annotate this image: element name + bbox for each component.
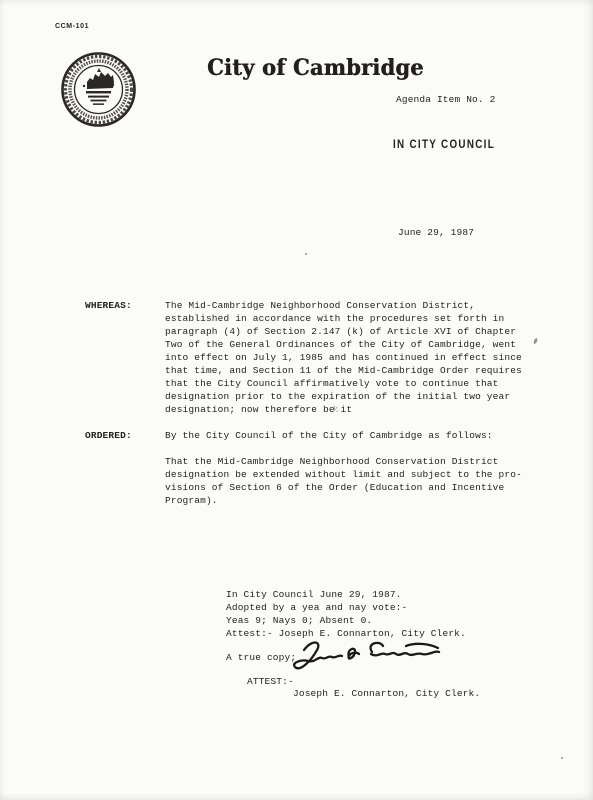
ordered-intro: By the City Council of the City of Cambr… xyxy=(165,429,493,442)
form-code: CCM-101 xyxy=(55,23,89,30)
agenda-item: Agenda Item No. 2 xyxy=(396,93,495,106)
whereas-text: The Mid-Cambridge Neighborhood Conservat… xyxy=(165,299,522,416)
council-heading: IN CITY COUNCIL xyxy=(393,137,495,151)
document-date: June 29, 1987 xyxy=(398,226,474,239)
true-copy-label: A true copy; xyxy=(226,651,296,664)
scan-artifact xyxy=(305,253,307,255)
clerk-signature-icon xyxy=(288,637,443,680)
adoption-record: In City Council June 29, 1987. Adopted b… xyxy=(226,588,466,640)
city-of-cambridge-seal-icon xyxy=(59,50,138,129)
attest-label: ATTEST:- xyxy=(247,675,294,688)
ordered-label: ORDERED: xyxy=(85,429,132,442)
scan-artifact xyxy=(533,338,538,345)
clerk-line: Joseph E. Connarton, City Clerk. xyxy=(293,687,480,700)
whereas-label: WHEREAS: xyxy=(85,299,132,312)
scanned-document-page: CCM-101 City of Cambridge Agenda It xyxy=(0,0,593,800)
scan-artifact xyxy=(561,757,563,759)
document-title: City of Cambridge xyxy=(207,54,424,81)
ordered-text: That the Mid-Cambridge Neighborhood Cons… xyxy=(165,455,522,507)
